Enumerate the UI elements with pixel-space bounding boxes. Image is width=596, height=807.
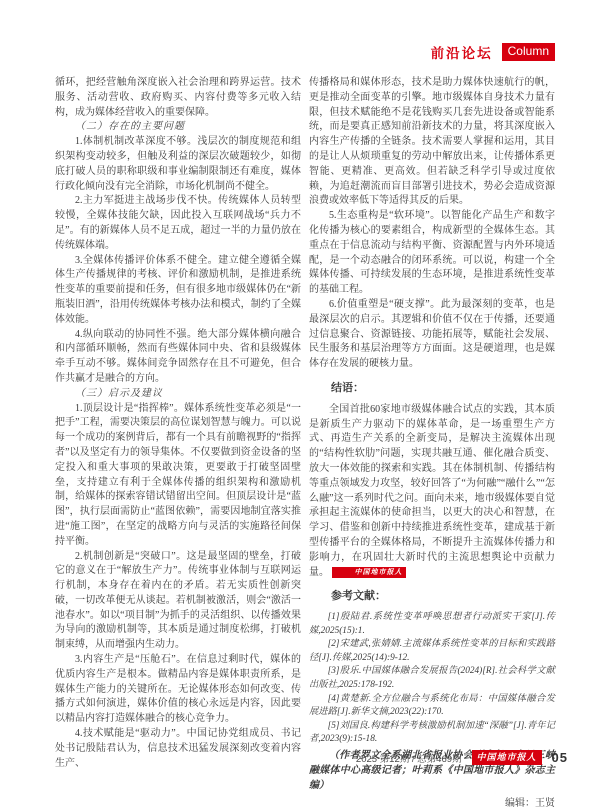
paragraph: 2.主力军挺进主战场步伐不快。传统媒体人员转型较慢，全媒体技能欠缺，因此投入互联… [55,194,301,253]
reference-item: [4]黄楚新.全方位融合与系统化布局：中国媒体融合发展进路[J].新华文摘,20… [309,693,555,720]
article-body: 循环，把经营触角深度嵌入社会治理和跨界运营。技术服务、活动营收、政府购买、内容付… [55,76,555,807]
end-of-article-logo: 中国地市报人 [332,567,406,578]
issue-info: 2025 第12期 / 总第469期 [356,751,462,765]
reference-item: [5]刘国良.构建科学考核激励机制加速“深融”[J].青年记者,2023(9):… [309,720,555,747]
paragraph: 4.技术赋能是“驱动力”。中国记协党组成员、书记处书记殷陆君认为，信息技术迅猛发… [55,727,301,771]
section-heading-suggestions: （三）启示及建议 [55,387,301,402]
journal-logo: 中国地市报人 [472,750,542,765]
paragraph: 5.生态重构是“软环境”。以智能化产品生产和数字化传播为核心的要素组合，构成新型… [309,209,555,298]
paragraph-continuation: 传播格局和媒体形态，技术是助力媒体快速航行的帆，更是推动全面变革的引擎。地市级媒… [309,76,555,209]
conclusion-heading: 结语： [309,381,555,396]
paragraph: 1.顶层设计是“指挥棒”。媒体系统性变革必须是“一把手”工程，需要决策层的高位谋… [55,402,301,550]
reference-item: [3]殷乐.中国媒体融合发展报告(2024)[R].社会科学文献出版社,2025… [309,665,555,692]
paragraph: 2.机制创新是“突破口”。这是最坚固的壁垒，打破它的意义在于“解放生产力”。传统… [55,550,301,654]
conclusion-paragraph: 全国首批60家地市级媒体融合试点的实践，其本质是新质生产力驱动下的媒体革命，是一… [309,403,555,581]
reference-item: [2]宋建武,张婧婧.主流媒体系统性变革的目标和实践路径[J].传媒,2025(… [309,638,555,665]
references-heading: 参考文献： [309,589,555,604]
paragraph-continuation: 循环，把经营触角深度嵌入社会治理和跨界运营。技术服务、活动营收、政府购买、内容付… [55,76,301,120]
forum-section-label: 前沿论坛 [431,42,493,62]
page-number: 05 [552,750,568,765]
column-badge: Column [502,43,555,61]
left-column: 循环，把经营触角深度嵌入社会治理和跨界运营。技术服务、活动营收、政府购买、内容付… [55,76,301,807]
paragraph: 3.内容生产是“压舱石”。在信息过剩时代，媒体的优质内容生产是根本。做精品内容是… [55,653,301,727]
paragraph: 3.全媒体传播评价体系不健全。建立健全遵循全媒体生产传播规律的考核、评价和激励机… [55,254,301,328]
right-column: 传播格局和媒体形态，技术是助力媒体快速航行的帆，更是推动全面变革的引擎。地市级媒… [309,76,555,807]
reference-item: [1]殷陆君.系统性变革呼唤思想者行动派实干家[J].传媒,2025(15):1… [309,611,555,638]
conclusion-text: 全国首批60家地市级媒体融合试点的实践，其本质是新质生产力驱动下的媒体革命，是一… [309,404,555,578]
paragraph: 4.纵向联动的协同性不强。绝大部分媒体横向融合和内部循环顺畅，然而有些媒体同中央… [55,328,301,387]
paragraph: 1.体制机制改革深度不够。浅层次的制度规范和组织架构变动较多，但触及利益的深层次… [55,135,301,194]
paragraph: 6.价值重塑是“硬支撑”。此为最深刻的变革，也是最深层次的启示。其逻辑和价值不仅… [309,298,555,372]
editor-credit: 编辑：王贤 [309,797,555,807]
magazine-page: 前沿论坛 Column 循环，把经营触角深度嵌入社会治理和跨界运营。技术服务、活… [0,0,596,807]
section-heading-problems: （二）存在的主要问题 [55,120,301,135]
page-header: 前沿论坛 Column [431,42,555,62]
page-footer: 2025 第12期 / 总第469期 中国地市报人 05 [356,750,568,765]
